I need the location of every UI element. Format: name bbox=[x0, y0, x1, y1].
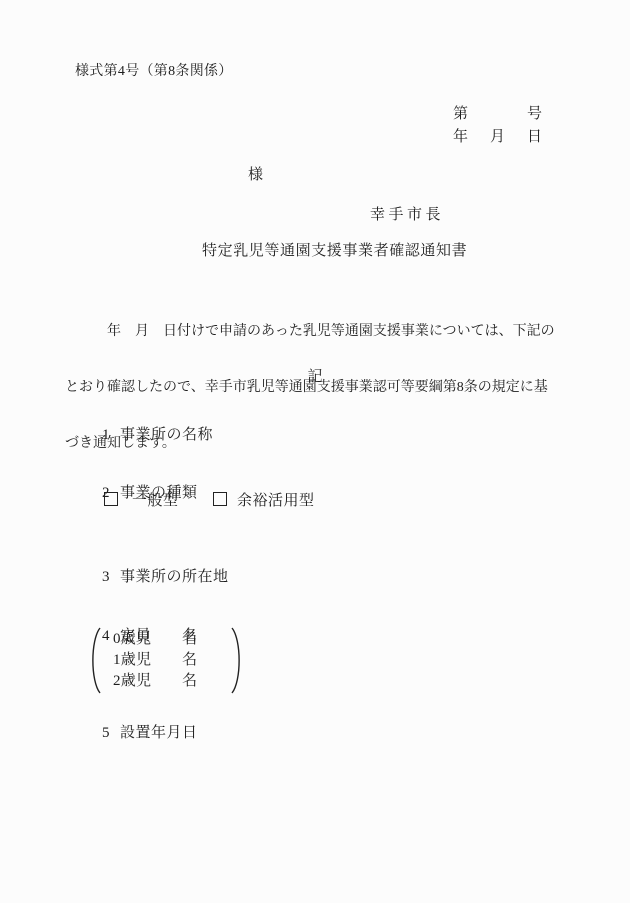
item-number: 3 bbox=[102, 568, 120, 586]
item-number: 5 bbox=[102, 724, 120, 742]
capacity-row-age2: 2歳児 名 bbox=[113, 672, 197, 690]
date-month-label: 月 bbox=[490, 128, 505, 147]
date-year-label: 年 bbox=[453, 128, 468, 147]
capacity-row-age1: 1歳児 名 bbox=[113, 651, 197, 669]
item-label: 設置年月日 bbox=[120, 725, 198, 741]
checkbox-surplus-use-type[interactable] bbox=[213, 492, 227, 506]
addressee-honorific: 様 bbox=[248, 166, 263, 185]
item-number: 1 bbox=[102, 426, 120, 444]
doc-number-line: 第 号 bbox=[453, 105, 542, 124]
list-marker-ki: 記 bbox=[0, 368, 630, 387]
item-3-business-address: 3事業所の所在地 bbox=[85, 550, 229, 604]
date-day-label: 日 bbox=[527, 128, 542, 147]
document-title: 特定乳児等通園支援事業者確認通知書 bbox=[202, 242, 467, 261]
left-paren-icon bbox=[93, 628, 100, 693]
item-label: 事業所の名称 bbox=[120, 427, 213, 443]
item-1-business-name: 1事業所の名称 bbox=[85, 408, 213, 462]
checkbox-general-type[interactable] bbox=[104, 492, 118, 506]
doc-number-suffix: 号 bbox=[527, 105, 542, 124]
checkbox-general-type-label: 一般型 bbox=[132, 489, 179, 510]
checkbox-surplus-use-type-label: 余裕活用型 bbox=[237, 489, 315, 510]
doc-number-prefix: 第 bbox=[453, 105, 468, 124]
form-number-label: 様式第4号（第8条関係） bbox=[75, 63, 233, 81]
date-line: 年 月 日 bbox=[453, 128, 542, 147]
capacity-row-age0: 0歳児 名 bbox=[113, 630, 197, 648]
document-page: 様式第4号（第8条関係） 第 号 年 月 日 様 幸手市長 特定乳児等通園支援事… bbox=[0, 0, 630, 903]
item-label: 事業所の所在地 bbox=[120, 569, 229, 585]
sender-title: 幸手市長 bbox=[370, 206, 444, 225]
paragraph-line: 年 月 日付けで申請のあった乳児等通園支援事業については、下記の bbox=[65, 321, 565, 342]
item-5-establishment-date: 5設置年月日 bbox=[85, 706, 198, 760]
right-paren-icon bbox=[232, 628, 239, 693]
